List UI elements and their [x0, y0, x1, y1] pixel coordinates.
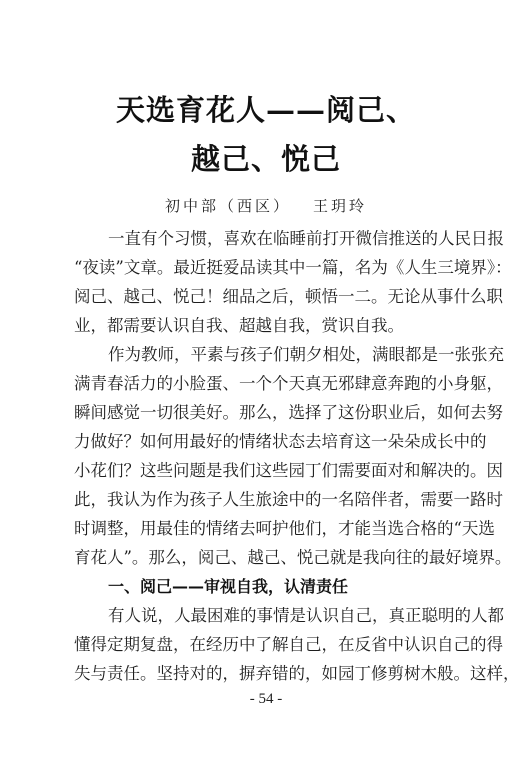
text-line: 阅己、越己、悦己！细品之后，顿悟一二。无论从事什么职 — [74, 282, 462, 311]
text-line: 力做好？如何用最好的情绪状态去培育这一朵朵成长中的 — [74, 427, 462, 456]
paragraph-1: 一直有个习惯，喜欢在临睡前打开微信推送的人民日报 “夜读”文章。最近挺爱品读其中… — [74, 224, 462, 340]
text-line: 失与责任。坚持对的，摒弃错的，如园丁修剪树木般。这样， — [74, 659, 462, 688]
text-line: 懂得定期复盘，在经历中了解自己，在反省中认识自己的得 — [74, 630, 462, 659]
paragraph-3: 有人说，人最困难的事情是认识自己，真正聪明的人都 懂得定期复盘，在经历中了解自己… — [74, 601, 462, 688]
byline: 初中部（西区）王玥玲 — [0, 195, 532, 216]
page-number: - 54 - — [0, 691, 532, 708]
article-title-line-1: 天选育花人——阅己、 — [0, 88, 532, 129]
text-line: 小花们？这些问题是我们这些园丁们需要面对和解决的。因 — [74, 456, 462, 485]
text-line: “夜读”文章。最近挺爱品读其中一篇，名为《人生三境界》： — [74, 253, 462, 282]
author: 王玥玲 — [313, 197, 367, 215]
text-line: 瞬间感觉一切很美好。那么，选择了这份职业后，如何去努 — [74, 398, 462, 427]
text-line: 时调整，用最佳的情绪去呵护他们，才能当选合格的“天选 — [74, 514, 462, 543]
department: 初中部（西区） — [165, 197, 291, 215]
text-line: 有人说，人最困难的事情是认识自己，真正聪明的人都 — [74, 601, 462, 630]
text-line: 一直有个习惯，喜欢在临睡前打开微信推送的人民日报 — [74, 224, 462, 253]
text-line: 满青春活力的小脸蛋、一个个天真无邪肆意奔跑的小身躯， — [74, 369, 462, 398]
paragraph-2: 作为教师，平素与孩子们朝夕相处，满眼都是一张张充 满青春活力的小脸蛋、一个个天真… — [74, 340, 462, 572]
article-title-line-2: 越己、悦己 — [0, 137, 532, 178]
section-heading: 一、阅己——审视自我，认清责任 — [74, 572, 462, 601]
text-line: 业，都需要认识自我、超越自我，赏识自我。 — [74, 311, 462, 340]
text-line: 育花人”。那么，阅己、越己、悦己就是我向往的最好境界。 — [74, 543, 462, 572]
article-body: 一直有个习惯，喜欢在临睡前打开微信推送的人民日报 “夜读”文章。最近挺爱品读其中… — [74, 224, 462, 688]
text-line: 此，我认为作为孩子人生旅途中的一名陪伴者，需要一路时 — [74, 485, 462, 514]
text-line: 作为教师，平素与孩子们朝夕相处，满眼都是一张张充 — [74, 340, 462, 369]
